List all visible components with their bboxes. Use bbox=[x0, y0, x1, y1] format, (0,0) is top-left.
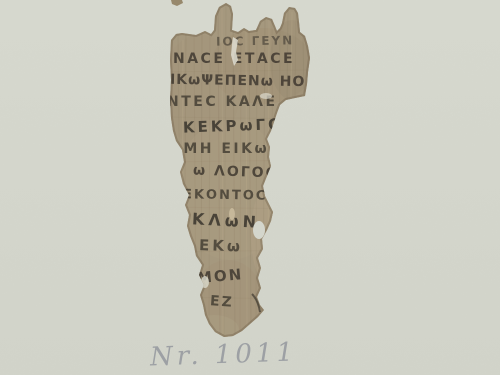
photo-grain bbox=[0, 0, 500, 375]
papyrus-photo: ΙΟC ΓΕΥΝ ΝΑCΕ ΕΤΑCΕ ΙΚωΨΕΠΕΝω ΗΟ ΝΤΕC ΚΑ… bbox=[0, 0, 500, 375]
inventory-number-label: Nr. 1011 bbox=[150, 337, 298, 372]
photo-background: ΙΟC ΓΕΥΝ ΝΑCΕ ΕΤΑCΕ ΙΚωΨΕΠΕΝω ΗΟ ΝΤΕC ΚΑ… bbox=[0, 0, 500, 375]
